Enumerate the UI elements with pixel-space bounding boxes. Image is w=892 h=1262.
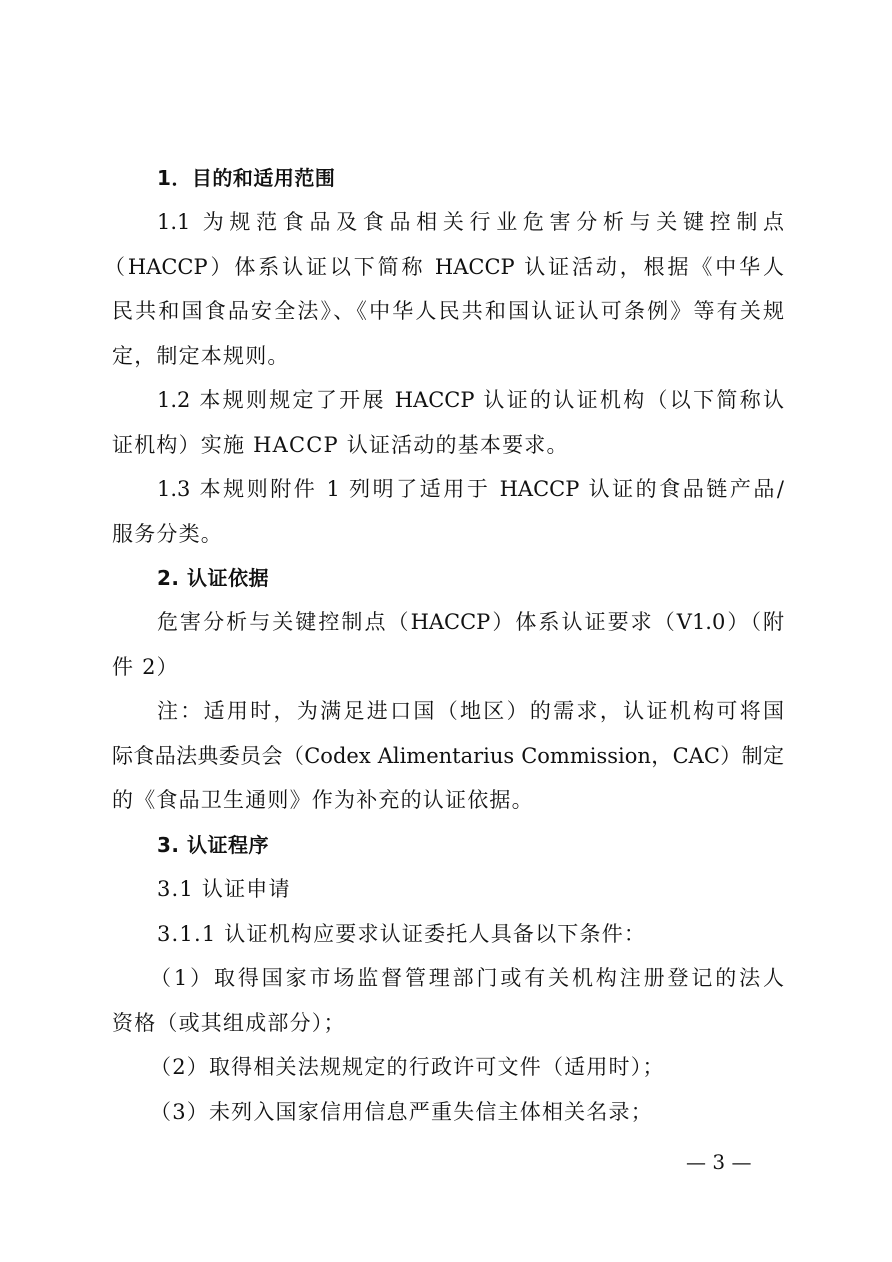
page-number: — 3 — — [686, 1148, 751, 1176]
paragraph-1-1-line-3: 民共和国食品安全法》、《中华人民共和国认证认可条例》等有关规 — [112, 297, 784, 325]
condition-1-line-2: 资格（或其组成部分）； — [112, 1009, 784, 1037]
paragraph-1-1-line-4: 定，制定本规则。 — [112, 342, 784, 370]
section-heading-basis: 2. 认证依据 — [157, 564, 784, 592]
paragraph-2-line-2: 件 2） — [112, 653, 784, 681]
section-heading-purpose-scope: 1．目的和适用范围 — [157, 164, 784, 192]
paragraph-1-1-line-1: 1.1 为规范食品及食品相关行业危害分析与关键控制点 — [157, 208, 784, 236]
paragraph-1-3-line-1: 1.3 本规则附件 1 列明了适用于 HACCP 认证的食品链产品/ — [157, 475, 784, 503]
paragraph-1-2-line-1: 1.2 本规则规定了开展 HACCP 认证的认证机构（以下简称认 — [157, 386, 784, 414]
condition-2: （2）取得相关法规规定的行政许可文件（适用时）； — [150, 1053, 822, 1081]
paragraph-1-2-line-2: 证机构）实施 HACCP 认证活动的基本要求。 — [112, 431, 784, 459]
document-page: 1．目的和适用范围 1.1 为规范食品及食品相关行业危害分析与关键控制点 （HA… — [0, 0, 892, 1262]
section-heading-procedure: 3. 认证程序 — [157, 831, 784, 859]
subsection-heading-application: 3.1 认证申请 — [157, 875, 784, 903]
note-line-1: 注：适用时，为满足进口国（地区）的需求，认证机构可将国 — [157, 697, 784, 725]
condition-1-line-1: （1）取得国家市场监督管理部门或有关机构注册登记的法人 — [150, 964, 784, 992]
paragraph-2-line-1: 危害分析与关键控制点（HACCP）体系认证要求（V1.0）（附 — [157, 608, 784, 636]
paragraph-3-1-1: 3.1.1 认证机构应要求认证委托人具备以下条件： — [157, 920, 784, 948]
condition-3: （3）未列入国家信用信息严重失信主体相关名录； — [150, 1098, 822, 1126]
note-line-3: 的《食品卫生通则》作为补充的认证依据。 — [112, 786, 784, 814]
note-line-2: 际食品法典委员会（Codex Alimentarius Commission，C… — [112, 742, 784, 770]
paragraph-1-1-line-2: （HACCP）体系认证以下简称 HACCP 认证活动，根据《中华人 — [104, 253, 784, 281]
paragraph-1-3-line-2: 服务分类。 — [112, 520, 784, 548]
